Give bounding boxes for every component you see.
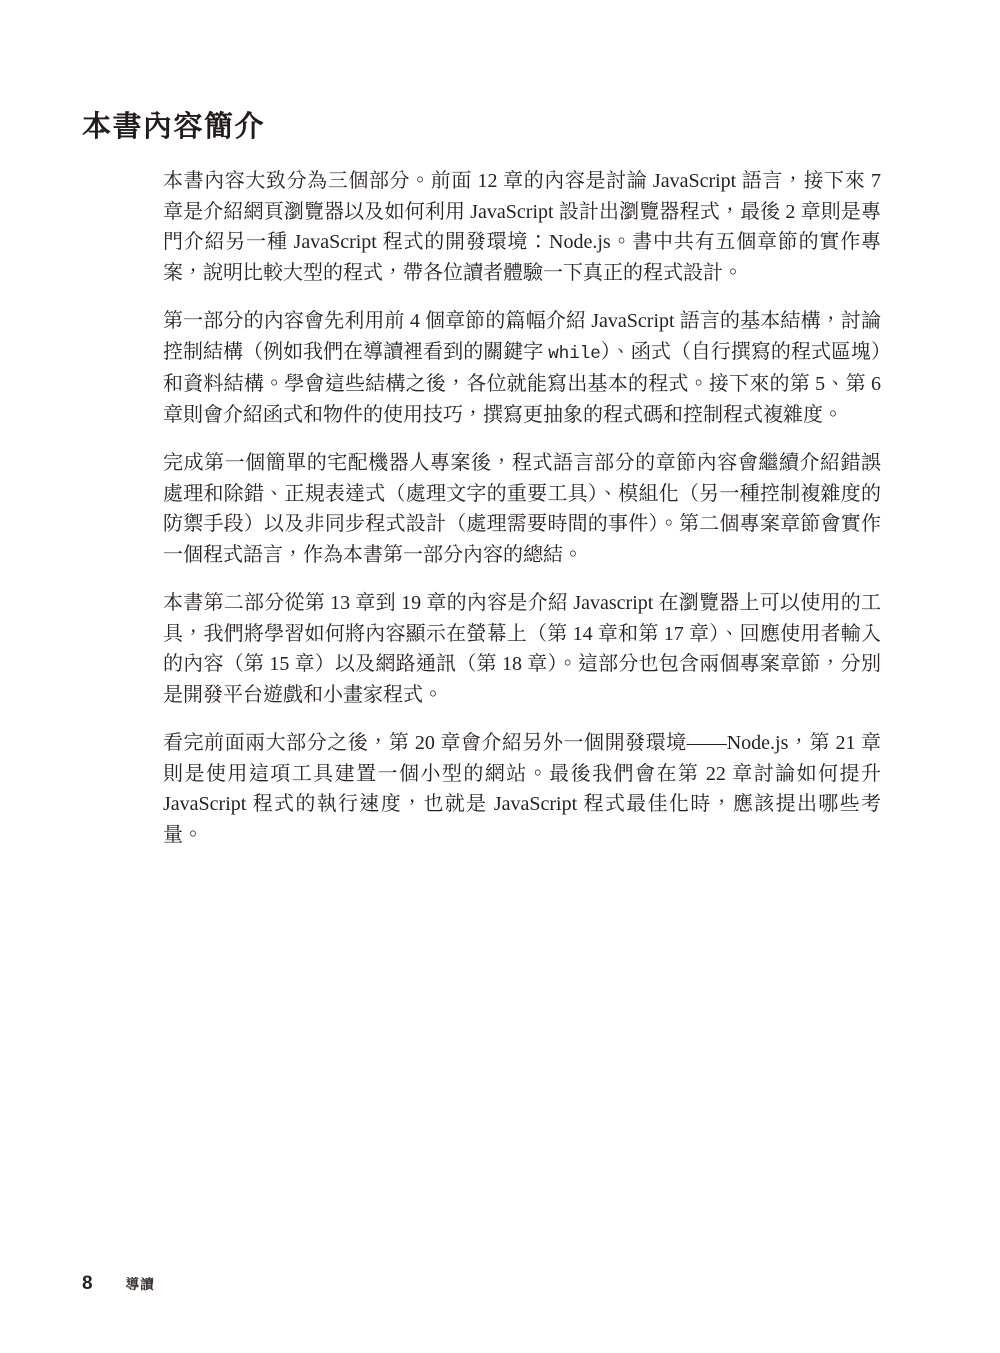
- text-run: 看完前面兩大部分之後，第 20 章會介紹另外一個開發環境——Node.js，第 …: [163, 732, 881, 846]
- inline-code: while: [548, 344, 601, 364]
- page-footer: 8 導讀: [82, 1273, 155, 1295]
- paragraph: 看完前面兩大部分之後，第 20 章會介紹另外一個開發環境——Node.js，第 …: [163, 728, 881, 850]
- paragraph: 第一部分的內容會先利用前 4 個章節的篇幅介紹 JavaScript 語言的基本…: [163, 306, 881, 430]
- page-title: 本書內容簡介: [82, 104, 265, 145]
- body-text: 本書內容大致分為三個部分。前面 12 章的內容是討論 JavaScript 語言…: [163, 166, 881, 868]
- page-number: 8: [82, 1273, 93, 1295]
- section-label: 導讀: [126, 1273, 155, 1293]
- text-run: 完成第一個簡單的宅配機器人專案後，程式語言部分的章節內容會繼續介紹錯誤處理和除錯…: [163, 452, 881, 566]
- text-run: 本書第二部分從第 13 章到 19 章的內容是介紹 Javascript 在瀏覽…: [163, 592, 881, 706]
- book-page: 本書內容簡介 本書內容大致分為三個部分。前面 12 章的內容是討論 JavaSc…: [0, 0, 1000, 1353]
- paragraph: 完成第一個簡單的宅配機器人專案後，程式語言部分的章節內容會繼續介紹錯誤處理和除錯…: [163, 448, 881, 570]
- paragraph: 本書內容大致分為三個部分。前面 12 章的內容是討論 JavaScript 語言…: [163, 166, 881, 288]
- paragraph: 本書第二部分從第 13 章到 19 章的內容是介紹 Javascript 在瀏覽…: [163, 588, 881, 710]
- text-run: 本書內容大致分為三個部分。前面 12 章的內容是討論 JavaScript 語言…: [163, 170, 881, 284]
